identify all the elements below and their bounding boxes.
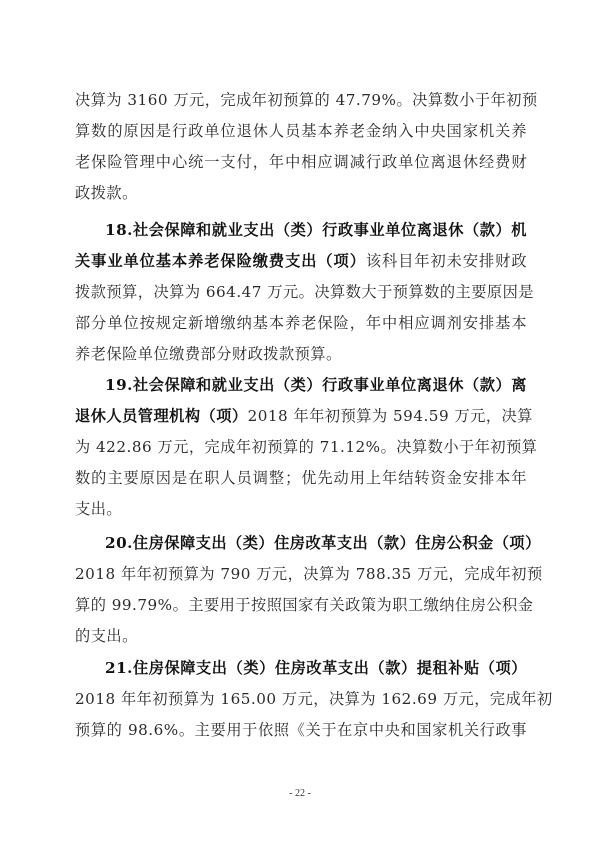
text-line: 预算的 98.6%。主要用于依照《关于在京中央和国家机关行政事 — [75, 715, 527, 746]
item-heading: 关事业单位基本养老保险缴费支出（项） — [75, 252, 366, 270]
text-line: 养老保险单位缴费部分财政拨款预算。 — [75, 339, 527, 370]
heading-line: 退休人员管理机构（项）2018 年年初预算为 594.59 万元，决算 — [75, 401, 527, 432]
body-text: 2018 年年初预算为 594.59 万元，决算 — [248, 407, 533, 425]
page-number: - 22 - — [0, 788, 600, 799]
text-line: 2018 年年初预算为 165.00 万元，决算为 162.69 万元，完成年初 — [75, 684, 527, 715]
paragraph-17-continuation: 决算为 3160 万元，完成年初预算的 47.79%。决算数小于年初预 算数的原… — [75, 85, 527, 209]
text-line: 老保险管理中心统一支付，年中相应调减行政单位离退休经费财 — [75, 147, 527, 178]
heading-line: 18.社会保障和就业支出（类）行政事业单位离退休（款）机 — [75, 215, 527, 246]
item-heading: 19.社会保障和就业支出（类）行政事业单位离退休（款）离 — [105, 376, 527, 394]
item-heading: 18.社会保障和就业支出（类）行政事业单位离退休（款）机 — [105, 221, 527, 239]
document-page: 决算为 3160 万元，完成年初预算的 47.79%。决算数小于年初预 算数的原… — [0, 0, 600, 848]
item-heading: 退休人员管理机构（项） — [75, 407, 248, 425]
text-line: 的支出。 — [75, 621, 527, 652]
item-heading: 21.住房保障支出（类）住房改革支出（款）提租补贴（项） — [105, 659, 527, 677]
text-line: 为 422.86 万元，完成年初预算的 71.12%。决算数小于年初预算 — [75, 432, 527, 463]
text-line: 算数的原因是行政单位退休人员基本养老金纳入中央国家机关养 — [75, 116, 527, 147]
item-heading: 20.住房保障支出（类）住房改革支出（款）住房公积金（项） — [105, 534, 541, 552]
paragraph-18: 18.社会保障和就业支出（类）行政事业单位离退休（款）机 关事业单位基本养老保险… — [75, 215, 527, 370]
text-line: 支出。 — [75, 494, 527, 525]
heading-line: 关事业单位基本养老保险缴费支出（项）该科目年初未安排财政 — [75, 246, 527, 277]
heading-line: 19.社会保障和就业支出（类）行政事业单位离退休（款）离 — [75, 370, 527, 401]
text-line: 决算为 3160 万元，完成年初预算的 47.79%。决算数小于年初预 — [75, 85, 527, 116]
text-line: 算的 99.79%。主要用于按照国家有关政策为职工缴纳住房公积金 — [75, 590, 527, 621]
paragraph-19: 19.社会保障和就业支出（类）行政事业单位离退休（款）离 退休人员管理机构（项）… — [75, 370, 527, 525]
paragraph-21: 21.住房保障支出（类）住房改革支出（款）提租补贴（项） 2018 年年初预算为… — [75, 653, 527, 746]
paragraph-20: 20.住房保障支出（类）住房改革支出（款）住房公积金（项） 2018 年年初预算… — [75, 528, 527, 652]
heading-line: 21.住房保障支出（类）住房改革支出（款）提租补贴（项） — [75, 653, 527, 684]
body-text: 该科目年初未安排财政 — [366, 252, 527, 270]
heading-line: 20.住房保障支出（类）住房改革支出（款）住房公积金（项） — [75, 528, 527, 559]
text-line: 部分单位按规定新增缴纳基本养老保险，年中相应调剂安排基本 — [75, 308, 527, 339]
text-line: 拨款预算，决算为 664.47 万元。决算数大于预算数的主要原因是 — [75, 277, 527, 308]
text-line: 数的主要原因是在职人员调整；优先动用上年结转资金安排本年 — [75, 463, 527, 494]
text-line: 2018 年年初预算为 790 万元，决算为 788.35 万元，完成年初预 — [75, 559, 527, 590]
text-line: 政拨款。 — [75, 178, 527, 209]
